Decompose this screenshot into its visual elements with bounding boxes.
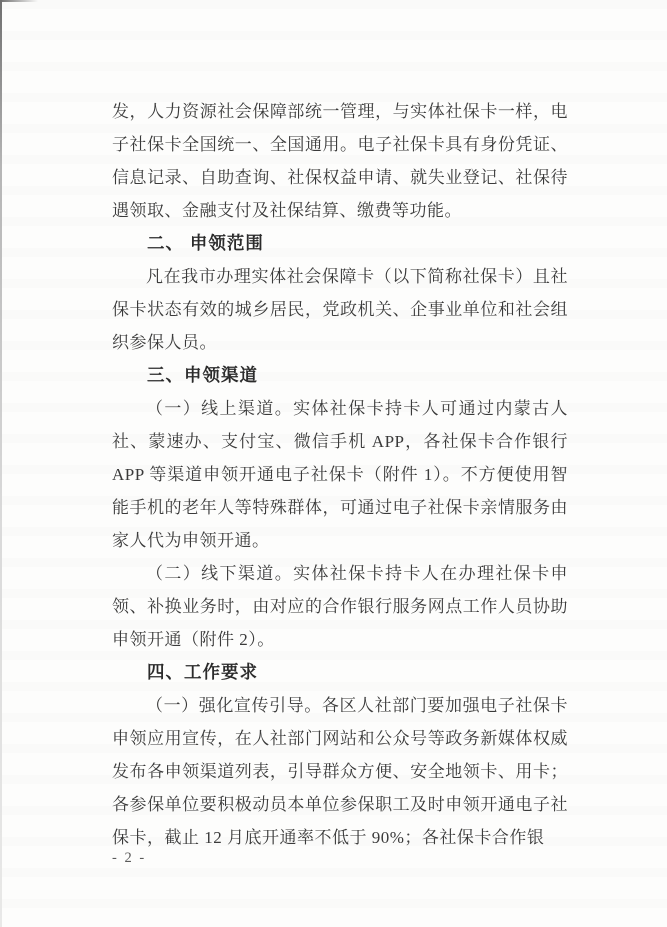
section-heading-work-requirements: 四、工作要求 [112,656,568,689]
paragraph-publicity-guidance: （一）强化宣传引导。各区人社部门要加强电子社保卡申领应用宣传，在人社部门网站和公… [112,689,568,854]
document-body: 发，人力资源社会保障部统一管理，与实体社保卡一样，电子社保卡全国统一、全国通用。… [112,95,568,854]
paragraph-online-channel: （一）线上渠道。实体社保卡持卡人可通过内蒙古人社、蒙速办、支付宝、微信手机 AP… [112,392,568,557]
paragraph-functions-continued: 发，人力资源社会保障部统一管理，与实体社保卡一样，电子社保卡全国统一、全国通用。… [112,95,568,227]
scanned-page: 发，人力资源社会保障部统一管理，与实体社保卡一样，电子社保卡全国统一、全国通用。… [0,0,667,927]
paragraph-application-scope: 凡在我市办理实体社会保障卡（以下简称社保卡）且社保卡状态有效的城乡居民，党政机关… [112,260,568,359]
section-heading-application-channels: 三、申领渠道 [112,359,568,392]
page-number: - 2 - [112,850,146,867]
section-heading-application-scope: 二、 申领范围 [112,227,568,260]
scan-top-edge-artifact [0,0,38,2]
scan-left-edge-artifact [0,0,2,927]
paragraph-offline-channel: （二）线下渠道。实体社保卡持卡人在办理社保卡申领、补换业务时，由对应的合作银行服… [112,557,568,656]
